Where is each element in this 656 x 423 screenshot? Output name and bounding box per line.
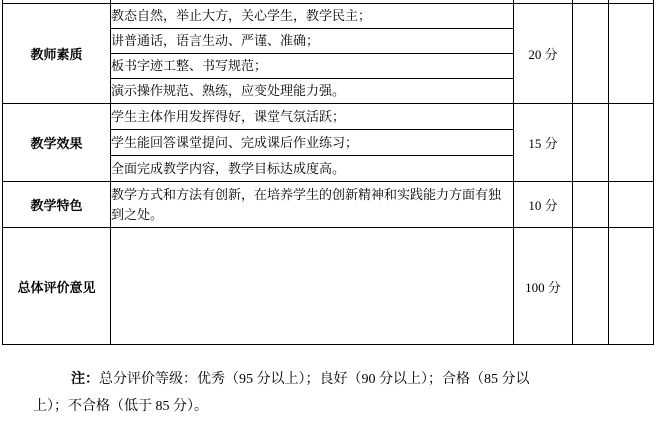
table-row: 总体评价意见 100 分 <box>3 228 654 345</box>
evaluation-table: 教师素质 教态自然，举止大方，关心学生，教学民主； 20 分 讲普通话，语言生动… <box>2 0 654 345</box>
criterion-cell: 教学方式和方法有创新，在培养学生的创新精神和实践能力方面有独到之处。 <box>111 182 514 228</box>
score-cell: 10 分 <box>514 182 573 228</box>
note-line-2: 上）；不合格（低于 85 分）。 <box>0 393 656 420</box>
category-cell-teacher-quality: 教师素质 <box>3 4 111 104</box>
blank-score-entry-cell <box>573 4 609 104</box>
note-line-1: 注：总分评价等级：优秀（95 分以上）；良好（90 分以上）；合格（85 分以 <box>0 366 656 393</box>
table-row: 教学效果 学生主体作用发挥得好，课堂气氛活跃； 15 分 <box>3 104 654 130</box>
table-row: 教师素质 教态自然，举止大方，关心学生，教学民主； 20 分 <box>3 4 654 29</box>
blank-score-entry-cell <box>573 228 609 345</box>
category-cell-teaching-characteristics: 教学特色 <box>3 182 111 228</box>
blank-score-entry-cell <box>609 4 654 104</box>
criterion-cell: 演示操作规范、熟练，应变处理能力强。 <box>111 79 514 104</box>
criterion-cell: 教态自然，举止大方，关心学生，教学民主； <box>111 4 514 29</box>
criterion-cell: 讲普通话，语言生动、严谨、准确； <box>111 29 514 54</box>
grading-note: 注：总分评价等级：优秀（95 分以上）；良好（90 分以上）；合格（85 分以 … <box>0 366 656 420</box>
score-cell: 20 分 <box>514 4 573 104</box>
note-label: 注： <box>71 372 99 387</box>
score-cell: 100 分 <box>514 228 573 345</box>
note-text: 总分评价等级：优秀（95 分以上）；良好（90 分以上）；合格（85 分以 <box>99 372 530 387</box>
blank-opinion-cell <box>111 228 514 345</box>
blank-score-entry-cell <box>609 104 654 182</box>
blank-score-entry-cell <box>609 182 654 228</box>
category-cell-overall-opinion: 总体评价意见 <box>3 228 111 345</box>
table-row: 教学特色 教学方式和方法有创新，在培养学生的创新精神和实践能力方面有独到之处。 … <box>3 182 654 228</box>
blank-score-entry-cell <box>573 104 609 182</box>
criterion-cell: 板书字迹工整、书写规范； <box>111 54 514 79</box>
blank-score-entry-cell <box>609 228 654 345</box>
criterion-cell: 全面完成教学内容，教学目标达成度高。 <box>111 156 514 182</box>
criterion-cell: 学生主体作用发挥得好，课堂气氛活跃； <box>111 104 514 130</box>
score-cell: 15 分 <box>514 104 573 182</box>
criterion-cell: 学生能回答课堂提问、完成课后作业练习； <box>111 130 514 156</box>
blank-score-entry-cell <box>573 182 609 228</box>
category-cell-teaching-effect: 教学效果 <box>3 104 111 182</box>
